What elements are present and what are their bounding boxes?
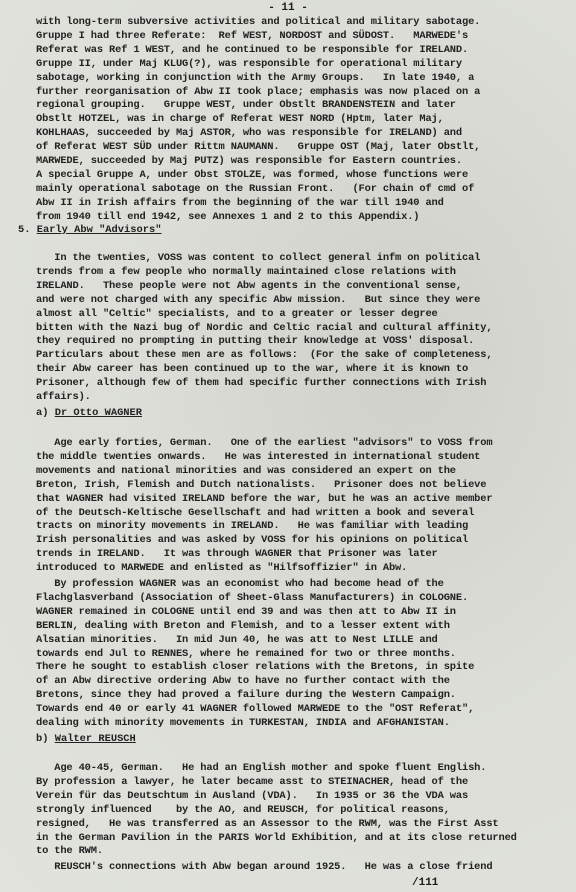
text-line: tracts on minority movements in IRELAND.… xyxy=(36,520,468,533)
text-line: Towards end 40 or early 41 WAGNER follow… xyxy=(36,703,474,716)
text-line: REUSCH's connections with Abw began arou… xyxy=(36,861,492,874)
text-line: Age early forties, German. One of the ea… xyxy=(36,437,492,450)
text-line: In the twenties, VOSS was content to col… xyxy=(36,252,480,265)
text-line: Bretons, since they had proved a failure… xyxy=(36,689,456,702)
text-line: almost all "Celtic" specialists, and to … xyxy=(36,308,438,321)
text-line: towards end Jul to RENNES, where he rema… xyxy=(36,648,456,661)
text-line: Age 40-45, German. He had an English mot… xyxy=(36,762,486,775)
text-line: Alsatian minorities. In mid Jun 40, he w… xyxy=(36,634,438,647)
text-line: and were not charged with any specific A… xyxy=(36,294,480,307)
text-line: mainly operational sabotage on the Russi… xyxy=(36,183,474,196)
section-heading: 5. Early Abw "Advisors" xyxy=(18,224,161,237)
text-line: WAGNER remained in COLOGNE until end 39 … xyxy=(36,606,456,619)
text-line: their Abw career has been continued up t… xyxy=(36,363,468,376)
text-line: By profession WAGNER was an economist wh… xyxy=(36,578,444,591)
text-line: that WAGNER had visited IRELAND before t… xyxy=(36,493,492,506)
text-line: Particulars about these men are as follo… xyxy=(36,349,492,362)
text-line: in the German Pavilion in the PARIS Worl… xyxy=(36,832,517,845)
text-line: Abw II in Irish affairs from the beginni… xyxy=(36,197,444,210)
text-line: Verein für das Deutschtum in Ausland (VD… xyxy=(36,790,468,803)
text-line: Flachglasverband (Association of Sheet-G… xyxy=(36,592,468,605)
text-line: movements and national minorities and wa… xyxy=(36,465,456,478)
continuation-marker: /111 xyxy=(412,877,438,889)
text-line: trends in IRELAND. It was through WAGNER… xyxy=(36,548,438,561)
text-line: There he sought to establish closer rela… xyxy=(36,661,474,674)
text-line: Gruppe I had three Referate: Ref WEST, N… xyxy=(36,30,468,43)
text-line: A special Gruppe A, under Obst STOLZE, w… xyxy=(36,169,468,182)
text-line: Gruppe II, under Maj KLUG(?), was respon… xyxy=(36,58,462,71)
text-line: to the RWM. xyxy=(36,845,103,858)
text-line: from 1940 till end 1942, see Annexes 1 a… xyxy=(36,211,419,224)
text-line: the middle twenties onwards. He was inte… xyxy=(36,451,480,464)
text-line: strongly influenced by the AO, and REUSC… xyxy=(36,804,450,817)
text-line: Obstlt HOTZEL, was in charge of Referat … xyxy=(36,113,444,126)
text-line: Breton, Irish, Flemish and Dutch nationa… xyxy=(36,479,486,492)
text-line: of an Abw directive ordering Abw to have… xyxy=(36,675,450,688)
text-line: KOHLHAAS, succeeded by Maj ASTOR, who wa… xyxy=(36,127,462,140)
text-line: with long-term subversive activities and… xyxy=(36,16,480,29)
text-line: of Referat WEST SÜD under Rittm NAUMANN.… xyxy=(36,141,480,154)
subsection-heading: b) Walter REUSCH xyxy=(36,733,136,746)
text-line: trends from a few people who normally ma… xyxy=(36,266,456,279)
text-line: Referat was Ref 1 WEST, and he continued… xyxy=(36,44,468,57)
document-page: - 11 - with long-term subversive activit… xyxy=(0,0,576,892)
text-line: IRELAND. These people were not Abw agent… xyxy=(36,280,462,293)
text-line: further reorganisation of Abw II took pl… xyxy=(36,86,480,99)
text-line: Prisoner, although few of them had speci… xyxy=(36,377,486,390)
text-line: regional grouping. Gruppe WEST, under Ob… xyxy=(36,99,456,112)
text-line: BERLIN, dealing with Breton and Flemish,… xyxy=(36,620,450,633)
text-line: affairs). xyxy=(36,391,91,404)
text-line: introduced to MARWEDE and enlisted as "H… xyxy=(36,562,407,575)
text-line: dealing with minority movements in TURKE… xyxy=(36,717,450,730)
text-line: bitten with the Nazi bug of Nordic and C… xyxy=(36,322,492,335)
text-line: Irish personalities and was asked by VOS… xyxy=(36,534,468,547)
text-line: resigned, He was transferred as an Asses… xyxy=(36,818,499,831)
text-line: By profession a lawyer, he later became … xyxy=(36,776,468,789)
text-line: sabotage, working in conjunction with th… xyxy=(36,72,474,85)
text-line: of the Deutsch-Keltische Gesellschaft an… xyxy=(36,507,474,520)
subsection-heading: a) Dr Otto WAGNER xyxy=(36,407,142,420)
text-line: they required no prompting in putting th… xyxy=(36,335,474,348)
text-line: MARWEDE, succeeded by Maj PUTZ) was resp… xyxy=(36,155,462,168)
page-number: - 11 - xyxy=(0,2,576,14)
